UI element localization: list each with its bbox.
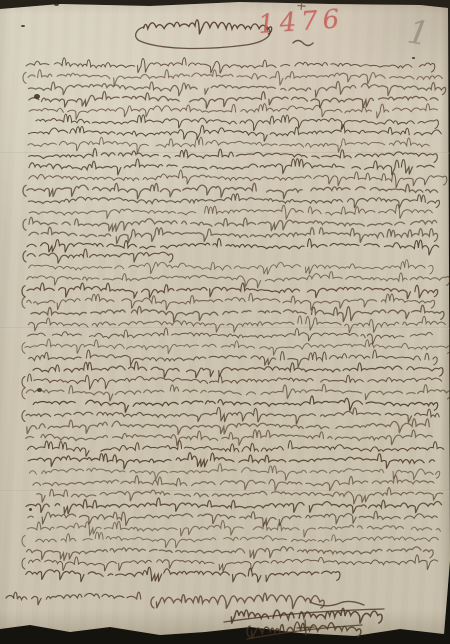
script-stroke bbox=[33, 476, 434, 491]
script-stroke bbox=[28, 137, 430, 153]
script-stroke bbox=[22, 532, 439, 548]
script-stroke bbox=[28, 194, 439, 208]
script-stroke bbox=[310, 601, 364, 605]
script-stroke bbox=[27, 441, 443, 457]
script-stroke bbox=[29, 159, 440, 175]
script-stroke bbox=[22, 555, 438, 572]
script-stroke bbox=[23, 70, 442, 86]
script-stroke bbox=[29, 350, 438, 367]
script-stroke bbox=[27, 272, 450, 288]
manuscript-scan: + 1476 1 bbox=[0, 0, 450, 644]
script-stroke bbox=[297, 620, 314, 635]
script-stroke bbox=[29, 81, 446, 97]
script-stroke bbox=[23, 217, 437, 231]
handwriting-layer bbox=[0, 0, 450, 644]
script-stroke bbox=[29, 260, 433, 275]
script-stroke bbox=[29, 205, 437, 220]
script-stroke bbox=[26, 58, 435, 73]
script-stroke bbox=[33, 396, 437, 412]
script-stroke bbox=[28, 511, 437, 526]
script-stroke bbox=[29, 227, 438, 244]
script-stroke bbox=[33, 362, 443, 378]
script-stroke bbox=[28, 453, 434, 469]
script-stroke bbox=[231, 608, 382, 623]
script-stroke bbox=[13, 592, 140, 605]
script-stroke bbox=[29, 91, 438, 108]
script-stroke bbox=[136, 26, 270, 48]
script-stroke bbox=[28, 328, 437, 344]
script-stroke bbox=[28, 316, 445, 333]
script-stroke bbox=[37, 488, 443, 504]
script-stroke bbox=[27, 239, 439, 256]
script-stroke bbox=[151, 593, 324, 609]
script-stroke bbox=[6, 596, 14, 599]
script-stroke bbox=[293, 41, 313, 46]
script-stroke bbox=[27, 547, 434, 561]
script-stroke bbox=[22, 293, 435, 310]
script-stroke bbox=[29, 104, 437, 120]
script-stroke bbox=[29, 125, 442, 142]
script-stroke bbox=[30, 464, 440, 481]
script-stroke bbox=[22, 407, 439, 424]
script-stroke bbox=[29, 170, 447, 187]
script-stroke bbox=[22, 283, 438, 299]
script-stroke bbox=[26, 498, 442, 514]
script-stroke bbox=[22, 374, 442, 389]
script-stroke bbox=[22, 384, 450, 401]
script-stroke bbox=[29, 149, 438, 163]
script-stroke bbox=[27, 419, 433, 435]
script-stroke bbox=[23, 249, 173, 263]
script-stroke bbox=[31, 305, 444, 321]
year-annotation-red-ink: 1476 bbox=[257, 4, 345, 40]
script-stroke bbox=[23, 183, 438, 199]
script-stroke bbox=[144, 20, 272, 34]
script-stroke bbox=[26, 567, 340, 582]
script-stroke bbox=[22, 339, 450, 355]
